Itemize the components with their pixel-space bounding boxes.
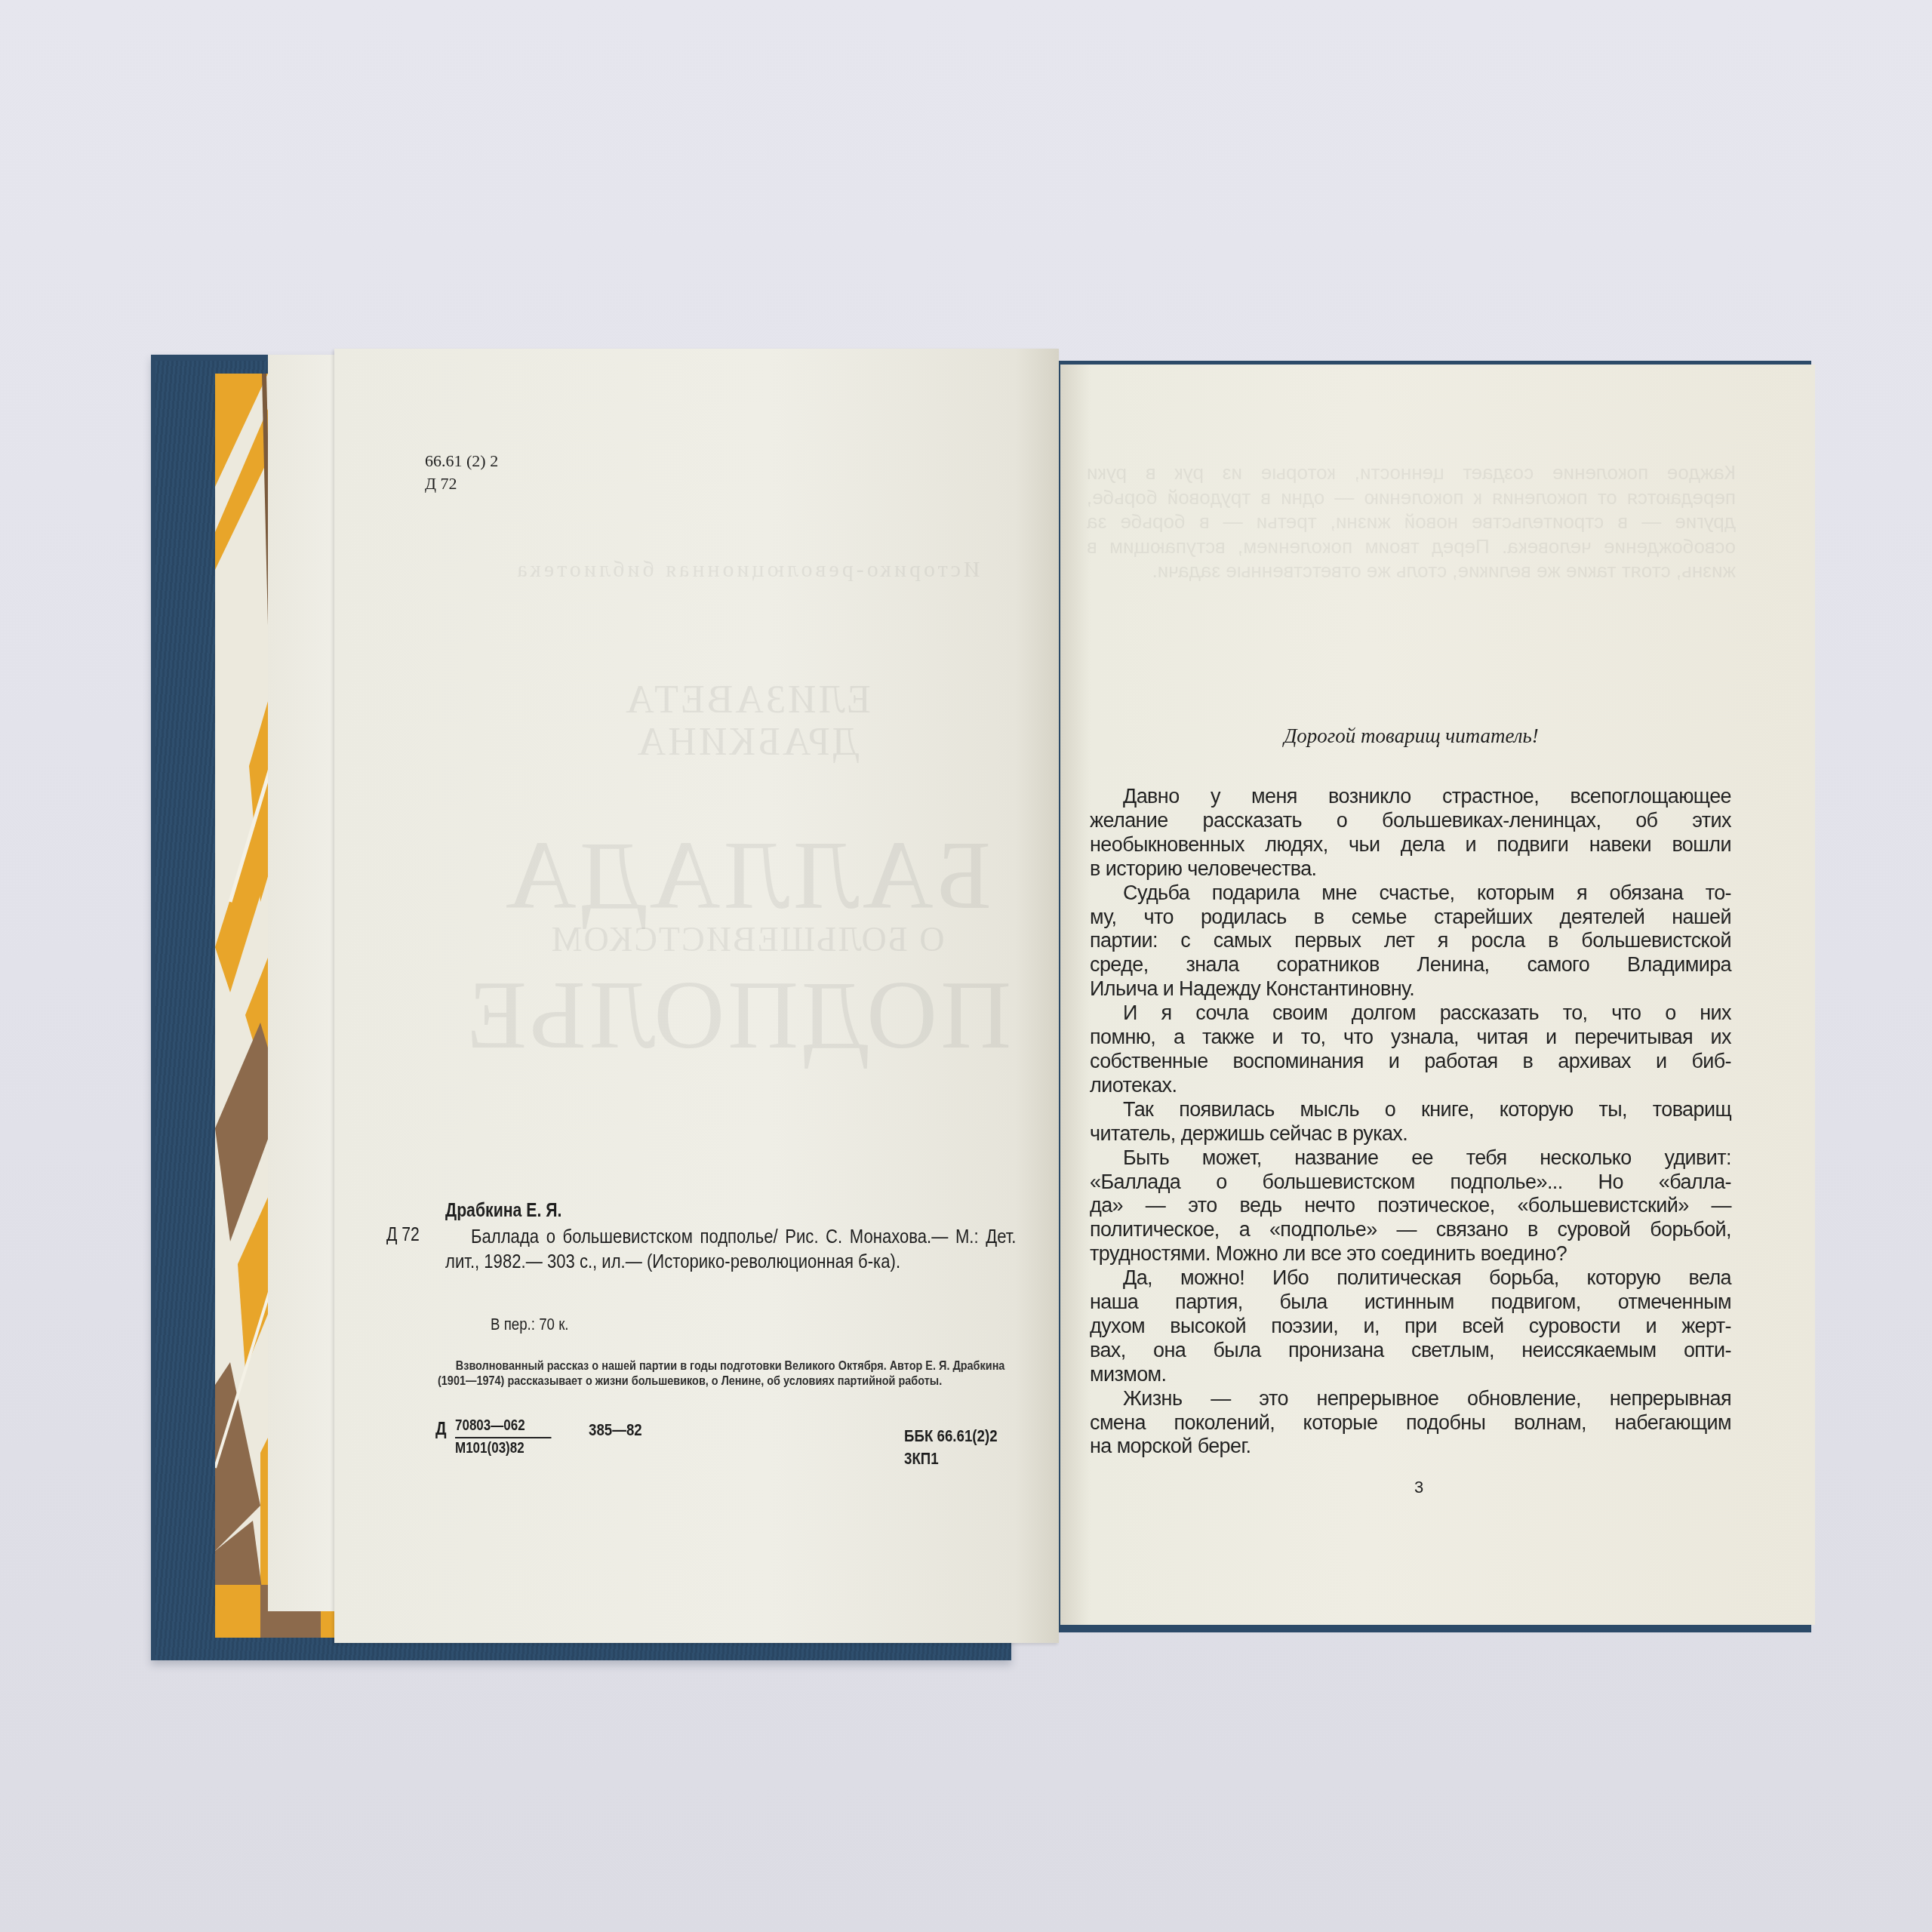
catalog-code-fraction: 70803—062 М101(03)82 (455, 1416, 558, 1458)
show-through-title-2: О БОЛЬШЕВИСТСКОМ (483, 919, 1011, 959)
catalog-code-number: 385—82 (589, 1420, 642, 1440)
text-line: мизмом. (1090, 1363, 1731, 1387)
text-line: лиотеках. (1090, 1074, 1731, 1098)
show-through-title-1: БАЛЛАДА (483, 819, 1011, 932)
flyleaf-edge (268, 355, 343, 1611)
text-line: в историю человечества. (1090, 857, 1731, 881)
text-line: политическое, а «подполье» — связано в с… (1090, 1218, 1731, 1242)
classification-code: 66.61 (2) 2 Д 72 (425, 450, 498, 495)
right-page-show-through: Каждое поколение создает ценности, котор… (1087, 460, 1736, 583)
letter-paragraph: Так появилась мысль о книге, которую ты,… (1090, 1098, 1731, 1146)
letter-body: Давно у меня возникло страстное, всепогл… (1090, 785, 1731, 1459)
catalog-price: В пер.: 70 к. (491, 1315, 569, 1334)
text-line: «Баллада о большевистском подполье»... Н… (1090, 1171, 1731, 1195)
text-line: Ильича и Надежду Константиновну. (1090, 977, 1731, 1001)
letter-heading: Дорогой товарищ читатель! (1087, 724, 1736, 748)
text-line: на морской берег. (1090, 1435, 1731, 1459)
text-line: Давно у меня возникло страстное, всепогл… (1090, 785, 1731, 809)
show-through-title-3: ПОДПОЛЬЕ (483, 958, 1011, 1072)
catalog-annotation: Взволнованный рассказ о нашей партии в г… (438, 1358, 1035, 1389)
text-line: среде, знала соратников Ленина, самого В… (1090, 953, 1731, 977)
text-line: му, что родилась в семье старейших деяте… (1090, 906, 1731, 930)
text-line: Быть может, название ее тебя несколько у… (1090, 1146, 1731, 1171)
catalog-index: Д 72 (386, 1224, 420, 1246)
text-line: Да, можно! Ибо политическая борьба, кото… (1090, 1266, 1731, 1291)
text-line: желание рассказать о большевиках-ленинца… (1090, 809, 1731, 833)
text-line: Так появилась мысль о книге, которую ты,… (1090, 1098, 1731, 1122)
catalog-bbk: ББК 66.61(2)2 3КП1 (904, 1425, 998, 1470)
text-line: духом высокой поэзии, и, при всей сурово… (1090, 1315, 1731, 1339)
text-line: необыкновенных людях, чьи дела и подвиги… (1090, 833, 1731, 857)
page-number: 3 (1087, 1478, 1751, 1497)
letter-paragraph: И я сочла своим долгом рассказать то, чт… (1090, 1001, 1731, 1098)
letter-paragraph: Судьба подарила мне счастье, которым я о… (1090, 881, 1731, 1002)
letter-paragraph: Жизнь — это непрерывное обновление, непр… (1090, 1387, 1731, 1460)
text-line: смена поколений, которые подобны волнам,… (1090, 1411, 1731, 1435)
text-line: Судьба подарила мне счастье, которым я о… (1090, 881, 1731, 906)
text-line: собственные воспоминания и работая в арх… (1090, 1050, 1731, 1074)
text-line: да» — это ведь нечто поэтическое, «больш… (1090, 1194, 1731, 1218)
catalog-description: Баллада о большевистском подполье/ Рис. … (445, 1224, 1017, 1274)
text-line: трудностями. Можно ли все это соединить … (1090, 1242, 1731, 1266)
text-line: Жизнь — это непрерывное обновление, непр… (1090, 1387, 1731, 1411)
show-through-author: ЕЛИЗАВЕТА ДРАБКИНА (483, 679, 1011, 764)
catalog-author: Драбкина Е. Я. (445, 1200, 561, 1222)
catalog-code-prefix: Д (435, 1419, 447, 1440)
letter-paragraph: Да, можно! Ибо политическая борьба, кото… (1090, 1266, 1731, 1387)
text-line: читатель, держишь сейчас в руках. (1090, 1122, 1731, 1146)
letter-paragraph: Давно у меня возникло страстное, всепогл… (1090, 785, 1731, 881)
text-line: вах, она была пронизана светлым, неиссяк… (1090, 1339, 1731, 1363)
show-through-series: Историко-революционная библиотека (483, 557, 1011, 583)
text-line: помню, а также и то, что узнала, читая и… (1090, 1026, 1731, 1050)
text-line: И я сочла своим долгом рассказать то, чт… (1090, 1001, 1731, 1026)
letter-paragraph: Быть может, название ее тебя несколько у… (1090, 1146, 1731, 1267)
text-line: наша партия, была истинным подвигом, отм… (1090, 1291, 1731, 1315)
text-line: партии: с самых первых лет я росла в бол… (1090, 929, 1731, 953)
